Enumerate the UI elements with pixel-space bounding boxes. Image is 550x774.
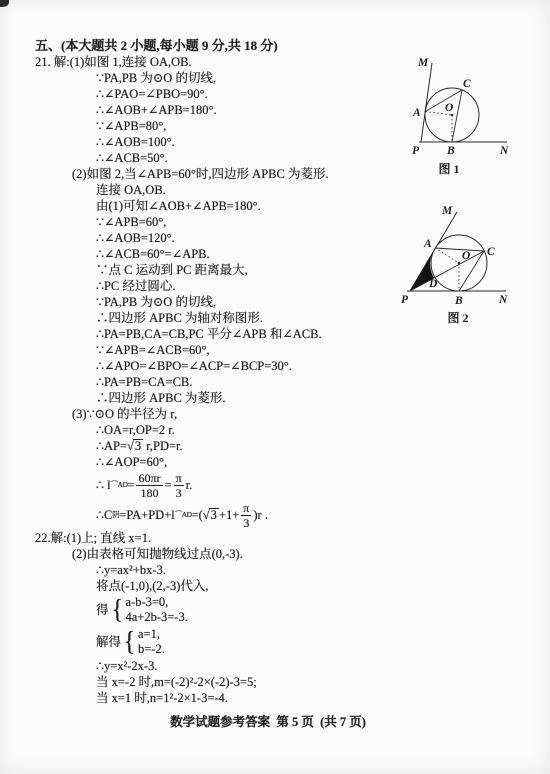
text-line: 由(1)可知∠AOB+∠APB=180°.	[35, 198, 407, 214]
point-label-N: N	[498, 294, 508, 306]
radius-OA-dotted	[435, 248, 459, 263]
text-line: ∵∠APB=60°,	[35, 214, 407, 230]
point-label-M: M	[441, 205, 453, 217]
text-line: 21. 解:(1)如图 1,连接 OA,OB.	[35, 54, 407, 70]
page-footer: 数学试题参考答案 第 5 页 (共 7 页)	[0, 712, 536, 730]
point-label-P: P	[412, 145, 420, 157]
text-line: ∴四边形 APBC 为轴对称图形.	[35, 310, 407, 326]
text-line: ∴y=x²-2x-3.	[35, 658, 407, 674]
text-line: ∴∠APO=∠BPO=∠ACP=∠BCP=30°.	[35, 358, 407, 374]
fraction: 60πr180	[136, 472, 162, 499]
text-line: ∴∠AOP=60°,	[35, 454, 407, 470]
point-label-P: P	[401, 294, 409, 306]
fraction: π3	[174, 472, 184, 499]
answer-text: 五、(本大题共 2 小题,每小题 9 分,共 18 分)21. 解:(1)如图 …	[35, 38, 407, 706]
text-line: 连接 OA,OB.	[35, 182, 407, 198]
text-line: ∴ l⌒AD=60πr180=π3r.	[35, 470, 407, 500]
text-line: ∴∠AOB+∠APB=180°.	[35, 102, 407, 118]
text-line: ∴∠ACB=60°=∠APB.	[35, 246, 407, 262]
text-line: ∵∠APB=80°,	[35, 118, 407, 134]
point-label-O: O	[445, 102, 453, 114]
line-PC	[410, 251, 484, 291]
text-line: ∴C阴=PA+PD+l⌒AD=(√3+1+π3)r .	[35, 500, 407, 530]
text-line: ∵PA,PB 为⊙O 的切线,	[35, 294, 407, 310]
text-line: 当 x=1 时,n=1²-2×1-3=-4.	[35, 690, 407, 706]
text-line: ∵∠APB=∠ACB=60°,	[35, 342, 407, 358]
point-label-N: N	[499, 145, 509, 157]
point-label-B: B	[446, 145, 455, 157]
fraction: π3	[241, 502, 251, 529]
text-line: ∵PA,PB 为⊙O 的切线,	[35, 70, 407, 86]
text-line: 22.解:(1)上; 直线 x=1.	[35, 530, 407, 546]
text-line: 当 x=-2 时,m=(-2)²-2×(-2)-3=5;	[35, 674, 407, 690]
text-line: ∴OA=r,OP=2 r.	[35, 422, 407, 438]
text-line: (3)∵⊙O 的半径为 r,	[35, 406, 407, 422]
scanned-answer-page: 五、(本大题共 2 小题,每小题 9 分,共 18 分)21. 解:(1)如图 …	[0, 0, 550, 774]
figure-2-drawing: M A O C D P B N 图 2	[365, 200, 540, 340]
point-label-D: D	[428, 278, 438, 290]
scan-artifact	[0, 0, 9, 7]
chord-AC	[425, 90, 462, 112]
figure-1-caption: 图 1	[438, 162, 459, 176]
point-label-A: A	[412, 107, 421, 119]
point-label-A: A	[423, 238, 432, 250]
point-label-O: O	[462, 250, 470, 262]
text-line: ∴AP=√3 r,PD=r.	[35, 438, 407, 454]
point-label-C: C	[463, 78, 471, 90]
equation-system: 得{a-b-3=0,4a+2b-3=-3.	[35, 594, 407, 626]
text-line: 五、(本大题共 2 小题,每小题 9 分,共 18 分)	[35, 38, 407, 54]
text-line: ∴∠AOB=100°.	[35, 134, 407, 150]
text-line: (2)由表格可知抛物线过点(0,-3).	[35, 546, 407, 562]
point-label-M: M	[417, 57, 429, 69]
text-line: 将点(-1,0),(2,-3)代入,	[35, 578, 407, 594]
text-line: ∴∠AOB=120°.	[35, 230, 407, 246]
text-line: ∴y=ax²+bx-3.	[35, 562, 407, 578]
text-line: (2)如图 2,当∠APB=60°时,四边形 APBC 为菱形.	[35, 166, 407, 182]
text-line: ∴∠ACB=50°.	[35, 150, 407, 166]
figure-1: M A O C P B N 图 1	[385, 48, 535, 188]
figure-2-caption: 图 2	[447, 311, 468, 325]
chord-AC	[435, 248, 484, 251]
point-label-B: B	[454, 295, 463, 307]
tangent-line-PM	[421, 63, 432, 142]
text-line: ∴PA=PB,CA=CB,PC 平分∠APB 和∠ACB.	[35, 326, 407, 342]
text-line: ∴四边形 APBC 为菱形.	[35, 390, 407, 406]
equation-system: 解得{a=1,b=-2.	[35, 626, 407, 658]
point-label-C: C	[487, 246, 495, 258]
text-line: ∴PA=PB=CA=CB.	[35, 374, 407, 390]
chord-CB	[452, 90, 462, 142]
text-line: ∴∠PAO=∠PBO=90°.	[35, 86, 407, 102]
text-line: ∵点 C 运动到 PC 距离最大,	[35, 262, 407, 278]
text-line: ∴PC 经过圆心.	[35, 278, 407, 294]
figure-2: M A O C D P B N 图 2	[365, 200, 540, 345]
figure-1-drawing: M A O C P B N 图 1	[385, 48, 535, 183]
